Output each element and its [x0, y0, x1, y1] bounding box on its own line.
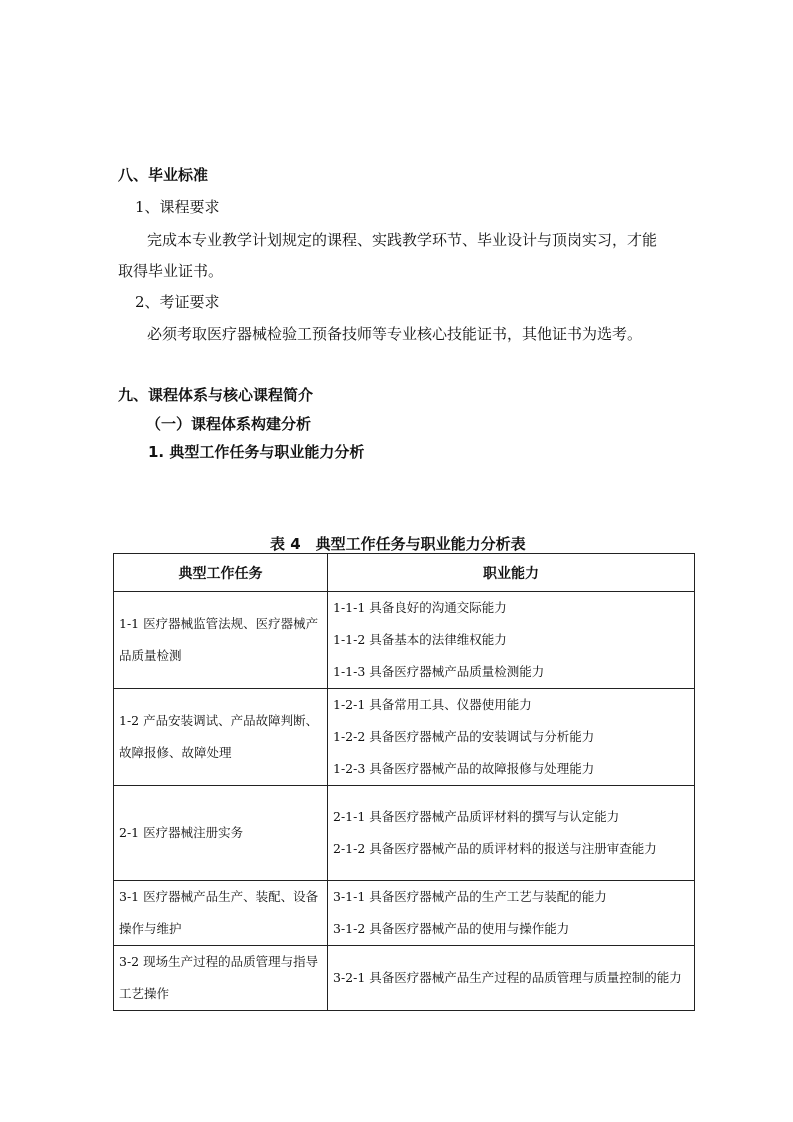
ability-item: 3-2-1 具备医疗器械产品生产过程的品质管理与质量控制的能力: [333, 962, 689, 994]
curriculum-analysis-heading: （一）课程体系构建分析: [146, 413, 311, 434]
ability-item: 3-1-2 具备医疗器械产品的使用与操作能力: [333, 913, 689, 945]
header-typical-task: 典型工作任务: [114, 554, 328, 592]
task-cell: 2-1 医疗器械注册实务: [114, 786, 328, 881]
table-row: 3-1 医疗器械产品生产、装配、设备操作与维护 3-1-1 具备医疗器械产品的生…: [114, 881, 695, 946]
ability-cell: 3-1-1 具备医疗器械产品的生产工艺与装配的能力 3-1-2 具备医疗器械产品…: [328, 881, 695, 946]
table-row: 1-2 产品安装调试、产品故障判断、故障报修、故障处理 1-2-1 具备常用工具…: [114, 689, 695, 786]
header-vocational-ability: 职业能力: [328, 554, 695, 592]
ability-cell: 1-2-1 具备常用工具、仪器使用能力 1-2-2 具备医疗器械产品的安装调试与…: [328, 689, 695, 786]
table-header-row: 典型工作任务 职业能力: [114, 554, 695, 592]
section-9-heading: 九、课程体系与核心课程简介: [118, 384, 313, 405]
task-cell: 3-2 现场生产过程的品质管理与指导工艺操作: [114, 946, 328, 1011]
section-8-heading: 八、毕业标准: [118, 164, 208, 185]
certificate-requirements-title: 2、考证要求: [135, 291, 220, 312]
table-row: 3-2 现场生产过程的品质管理与指导工艺操作 3-2-1 具备医疗器械产品生产过…: [114, 946, 695, 1011]
task-cell: 1-2 产品安装调试、产品故障判断、故障报修、故障处理: [114, 689, 328, 786]
ability-item: 1-2-2 具备医疗器械产品的安装调试与分析能力: [333, 721, 689, 753]
ability-item: 1-2-1 具备常用工具、仪器使用能力: [333, 689, 689, 721]
ability-item: 1-2-3 具备医疗器械产品的故障报修与处理能力: [333, 753, 689, 785]
task-ability-analysis-heading: 1. 典型工作任务与职业能力分析: [148, 441, 364, 462]
ability-item: 2-1-1 具备医疗器械产品质评材料的撰写与认定能力: [333, 801, 689, 833]
table-row: 1-1 医疗器械监管法规、医疗器械产品质量检测 1-1-1 具备良好的沟通交际能…: [114, 592, 695, 689]
ability-item: 3-1-1 具备医疗器械产品的生产工艺与装配的能力: [333, 881, 689, 913]
ability-cell: 1-1-1 具备良好的沟通交际能力 1-1-2 具备基本的法律维权能力 1-1-…: [328, 592, 695, 689]
task-cell: 1-1 医疗器械监管法规、医疗器械产品质量检测: [114, 592, 328, 689]
course-requirements-text-line2: 取得毕业证书。: [118, 260, 223, 281]
course-requirements-text-line1: 完成本专业教学计划规定的课程、实践教学环节、毕业设计与顶岗实习，才能: [147, 229, 657, 250]
task-ability-table: 典型工作任务 职业能力 1-1 医疗器械监管法规、医疗器械产品质量检测 1-1-…: [113, 553, 695, 1011]
certificate-requirements-text: 必须考取医疗器械检验工预备技师等专业核心技能证书，其他证书为选考。: [147, 323, 642, 344]
table-row: 2-1 医疗器械注册实务 2-1-1 具备医疗器械产品质评材料的撰写与认定能力 …: [114, 786, 695, 881]
table-caption: 表 4 典型工作任务与职业能力分析表: [270, 533, 526, 554]
ability-cell: 2-1-1 具备医疗器械产品质评材料的撰写与认定能力 2-1-2 具备医疗器械产…: [328, 786, 695, 881]
course-requirements-title: 1、课程要求: [135, 196, 220, 217]
ability-item: 1-1-2 具备基本的法律维权能力: [333, 624, 689, 656]
ability-item: 1-1-3 具备医疗器械产品质量检测能力: [333, 656, 689, 688]
task-cell: 3-1 医疗器械产品生产、装配、设备操作与维护: [114, 881, 328, 946]
ability-cell: 3-2-1 具备医疗器械产品生产过程的品质管理与质量控制的能力: [328, 946, 695, 1011]
ability-item: 2-1-2 具备医疗器械产品的质评材料的报送与注册审查能力: [333, 833, 689, 865]
ability-item: 1-1-1 具备良好的沟通交际能力: [333, 592, 689, 624]
